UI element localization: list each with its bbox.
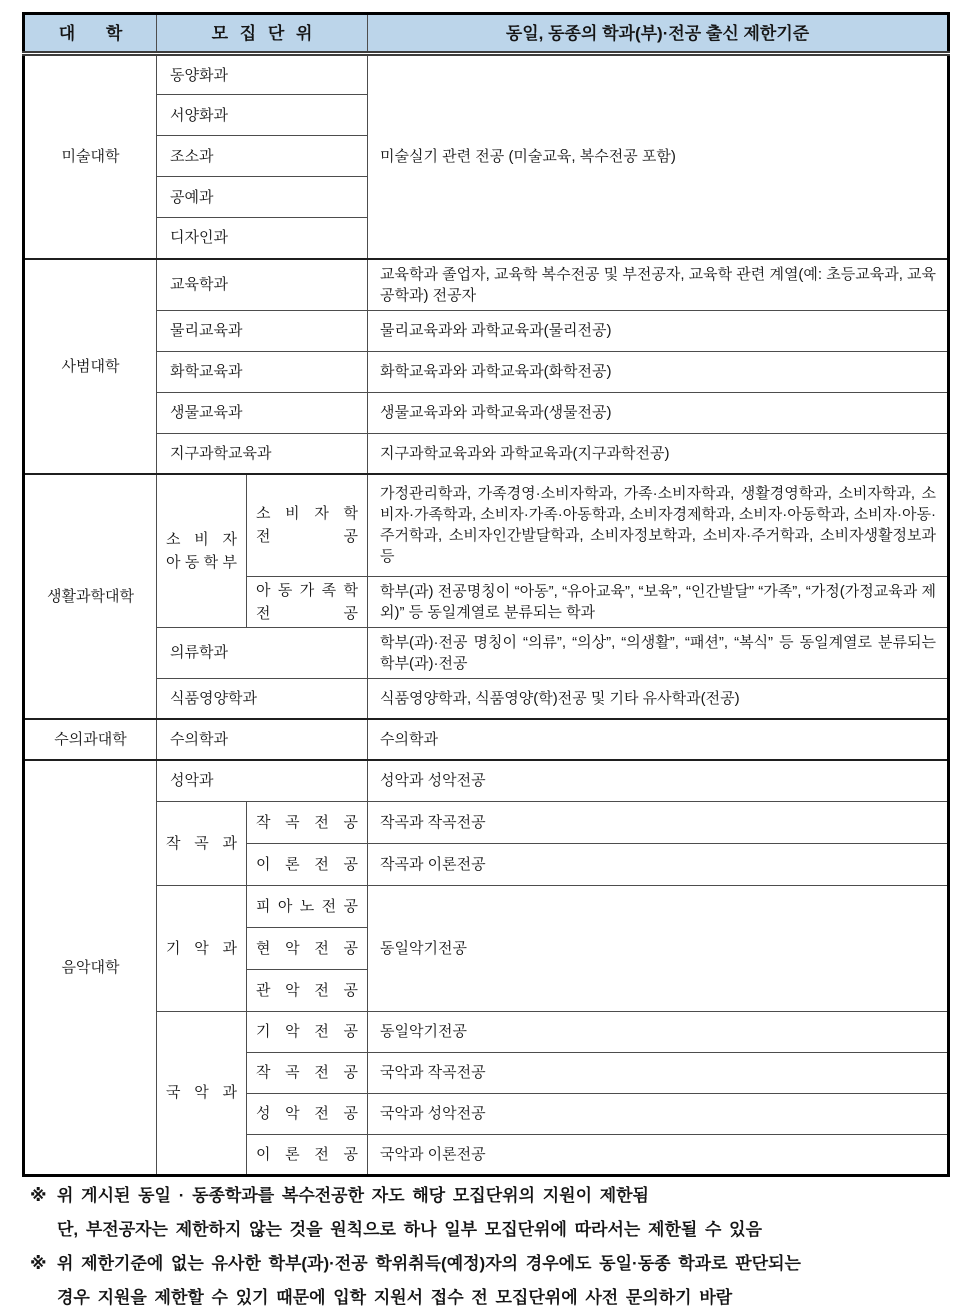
table-row: 사범대학 교육학과 교육학과 졸업자, 교육학 복수전공 및 부전공자, 교육학… xyxy=(24,259,949,311)
major-name-line: 피 아 노 전 공 xyxy=(256,895,358,918)
table-row: 식품영양학과 식품영양학과, 식품영양(학)전공 및 기타 유사학과(전공) xyxy=(24,678,949,719)
header-unit: 모 집 단 위 xyxy=(157,14,368,54)
unit-cell: 생물교육과 xyxy=(157,392,368,433)
footnote-marker: ※ xyxy=(30,1252,57,1276)
major-name-line: 작 곡 전 공 xyxy=(256,811,358,834)
unit-cell: 의류학과 xyxy=(157,627,368,678)
dept-name-line: 소 비 자 xyxy=(166,528,237,551)
footnote-text: 위 게시된 동일 · 동종학과를 복수전공한 자도 해당 모집단위의 지원이 제… xyxy=(57,1184,952,1208)
footnote-marker: ※ xyxy=(30,1184,57,1208)
unit-cell: 물리교육과 xyxy=(157,310,368,351)
criteria-cell: 동일악기전공 xyxy=(368,1011,949,1052)
criteria-cell: 지구과학교육과와 과학교육과(지구과학전공) xyxy=(368,433,949,474)
criteria-cell: 작곡과 작곡전공 xyxy=(368,801,949,843)
major-name-line: 이 론 전 공 xyxy=(256,1143,358,1166)
unit-cell: 공예과 xyxy=(157,177,368,218)
footnote-line: ※ 위 제한기준에 없는 유사한 학부(과)·전공 학위취득(예정)자의 경우에… xyxy=(30,1252,952,1276)
footnote-text: 위 제한기준에 없는 유사한 학부(과)·전공 학위취득(예정)자의 경우에도 … xyxy=(57,1252,952,1276)
criteria-cell: 학부(과) 전공명칭이 “아동”, “유아교육”, “보육”, “인간발달” “… xyxy=(368,576,949,627)
major-name-line: 작 곡 전 공 xyxy=(256,1061,358,1084)
table-header: 대 학 모 집 단 위 동일, 동종의 학과(부)·전공 출신 제한기준 xyxy=(24,14,949,54)
criteria-cell: 교육학과 졸업자, 교육학 복수전공 및 부전공자, 교육학 관련 계열(예: … xyxy=(368,259,949,311)
table-row: 지구과학교육과 지구과학교육과와 과학교육과(지구과학전공) xyxy=(24,433,949,474)
major-cell: 이 론 전 공 xyxy=(247,1134,368,1175)
criteria-cell: 생물교육과와 과학교육과(생물전공) xyxy=(368,392,949,433)
major-name-line: 성 악 전 공 xyxy=(256,1102,358,1125)
major-name-line: 전 공 xyxy=(256,602,358,625)
major-name-line: 소 비 자 학 xyxy=(256,502,358,525)
unit-cell: 수의학과 xyxy=(157,719,368,760)
college-cell-art: 미술대학 xyxy=(24,54,157,259)
criteria-cell: 성악과 성악전공 xyxy=(368,760,949,801)
table-row: 화학교육과 화학교육과와 과학교육과(화학전공) xyxy=(24,351,949,392)
table-row: 수의과대학 수의학과 수의학과 xyxy=(24,719,949,760)
dept-name-line: 작 곡 과 xyxy=(166,832,237,855)
major-cell: 소 비 자 학 전 공 xyxy=(247,474,368,576)
criteria-cell: 동일악기전공 xyxy=(368,885,949,1011)
college-cell-human-ecology: 생활과학대학 xyxy=(24,474,157,719)
footnote-line: 단, 부전공자는 제한하지 않는 것을 원칙으로 하나 일부 모집단위에 따라서… xyxy=(30,1218,952,1242)
college-cell-education: 사범대학 xyxy=(24,259,157,475)
criteria-cell: 식품영양학과, 식품영양(학)전공 및 기타 유사학과(전공) xyxy=(368,678,949,719)
dept-cell-composition: 작 곡 과 xyxy=(157,801,247,885)
major-cell: 피 아 노 전 공 xyxy=(247,885,368,927)
major-name-line: 아 동 가 족 학 xyxy=(256,579,358,602)
criteria-cell: 수의학과 xyxy=(368,719,949,760)
table-row: 음악대학 성악과 성악과 성악전공 xyxy=(24,760,949,801)
unit-cell: 지구과학교육과 xyxy=(157,433,368,474)
major-cell: 작 곡 전 공 xyxy=(247,801,368,843)
table-row: 생활과학대학 소 비 자 아 동 학 부 소 비 자 학 전 공 가정관리학과,… xyxy=(24,474,949,576)
college-cell-music: 음악대학 xyxy=(24,760,157,1175)
major-name-line: 기 악 전 공 xyxy=(256,1020,358,1043)
major-name-line: 이 론 전 공 xyxy=(256,853,358,876)
unit-cell: 동양화과 xyxy=(157,54,368,95)
major-cell: 현 악 전 공 xyxy=(247,927,368,969)
unit-cell: 식품영양학과 xyxy=(157,678,368,719)
footnote-line: ※ 위 게시된 동일 · 동종학과를 복수전공한 자도 해당 모집단위의 지원이… xyxy=(30,1184,952,1208)
criteria-cell: 국악과 성악전공 xyxy=(368,1093,949,1134)
unit-cell: 화학교육과 xyxy=(157,351,368,392)
footnote-line: 경우 지원을 제한할 수 있기 때문에 입학 지원서 접수 전 모집단위에 사전… xyxy=(30,1286,952,1310)
major-cell: 아 동 가 족 학 전 공 xyxy=(247,576,368,627)
unit-cell: 서양화과 xyxy=(157,95,368,136)
major-cell: 작 곡 전 공 xyxy=(247,1052,368,1093)
table-row: 미술대학 동양화과 미술실기 관련 전공 (미술교육, 복수전공 포함) xyxy=(24,54,949,95)
restriction-table: 대 학 모 집 단 위 동일, 동종의 학과(부)·전공 출신 제한기준 미술대… xyxy=(22,12,950,1177)
criteria-cell: 학부(과)·전공 명칭이 “의류”, “의상”, “의생활”, “패션”, “복… xyxy=(368,627,949,678)
criteria-cell: 물리교육과와 과학교육과(물리전공) xyxy=(368,310,949,351)
dept-name-line: 기 악 과 xyxy=(166,937,237,960)
footnote-text: 단, 부전공자는 제한하지 않는 것을 원칙으로 하나 일부 모집단위에 따라서… xyxy=(57,1218,952,1242)
major-name-line: 전 공 xyxy=(256,525,358,548)
table-row: 국 악 과 기 악 전 공 동일악기전공 xyxy=(24,1011,949,1052)
header-college: 대 학 xyxy=(24,14,157,54)
unit-cell: 성악과 xyxy=(157,760,368,801)
major-cell: 성 악 전 공 xyxy=(247,1093,368,1134)
major-cell: 이 론 전 공 xyxy=(247,843,368,885)
college-cell-veterinary: 수의과대학 xyxy=(24,719,157,760)
major-cell: 관 악 전 공 xyxy=(247,969,368,1011)
criteria-cell: 화학교육과와 과학교육과(화학전공) xyxy=(368,351,949,392)
unit-cell: 조소과 xyxy=(157,136,368,177)
dept-name-line: 국 악 과 xyxy=(166,1081,237,1104)
criteria-cell: 국악과 작곡전공 xyxy=(368,1052,949,1093)
dept-name-line: 아 동 학 부 xyxy=(166,551,237,574)
table-row: 작 곡 과 작 곡 전 공 작곡과 작곡전공 xyxy=(24,801,949,843)
criteria-cell: 미술실기 관련 전공 (미술교육, 복수전공 포함) xyxy=(368,54,949,259)
unit-cell: 디자인과 xyxy=(157,218,368,259)
dept-cell-instrumental: 기 악 과 xyxy=(157,885,247,1011)
criteria-cell: 작곡과 이론전공 xyxy=(368,843,949,885)
major-name-line: 현 악 전 공 xyxy=(256,937,358,960)
admission-restriction-page: 대 학 모 집 단 위 동일, 동종의 학과(부)·전공 출신 제한기준 미술대… xyxy=(0,0,966,1310)
dept-cell-consumer-child: 소 비 자 아 동 학 부 xyxy=(157,474,247,627)
major-name-line: 관 악 전 공 xyxy=(256,979,358,1002)
dept-cell-korean-music: 국 악 과 xyxy=(157,1011,247,1175)
header-criteria: 동일, 동종의 학과(부)·전공 출신 제한기준 xyxy=(368,14,949,54)
table-row: 생물교육과 생물교육과와 과학교육과(생물전공) xyxy=(24,392,949,433)
unit-cell: 교육학과 xyxy=(157,259,368,311)
major-cell: 기 악 전 공 xyxy=(247,1011,368,1052)
table-row: 기 악 과 피 아 노 전 공 동일악기전공 xyxy=(24,885,949,927)
criteria-cell: 가정관리학과, 가족경영·소비자학과, 가족·소비자학과, 생활경영학과, 소비… xyxy=(368,474,949,576)
footnotes: ※ 위 게시된 동일 · 동종학과를 복수전공한 자도 해당 모집단위의 지원이… xyxy=(22,1184,952,1310)
criteria-cell: 국악과 이론전공 xyxy=(368,1134,949,1175)
table-row: 의류학과 학부(과)·전공 명칭이 “의류”, “의상”, “의생활”, “패션… xyxy=(24,627,949,678)
footnote-text: 경우 지원을 제한할 수 있기 때문에 입학 지원서 접수 전 모집단위에 사전… xyxy=(57,1286,952,1310)
table-row: 물리교육과 물리교육과와 과학교육과(물리전공) xyxy=(24,310,949,351)
